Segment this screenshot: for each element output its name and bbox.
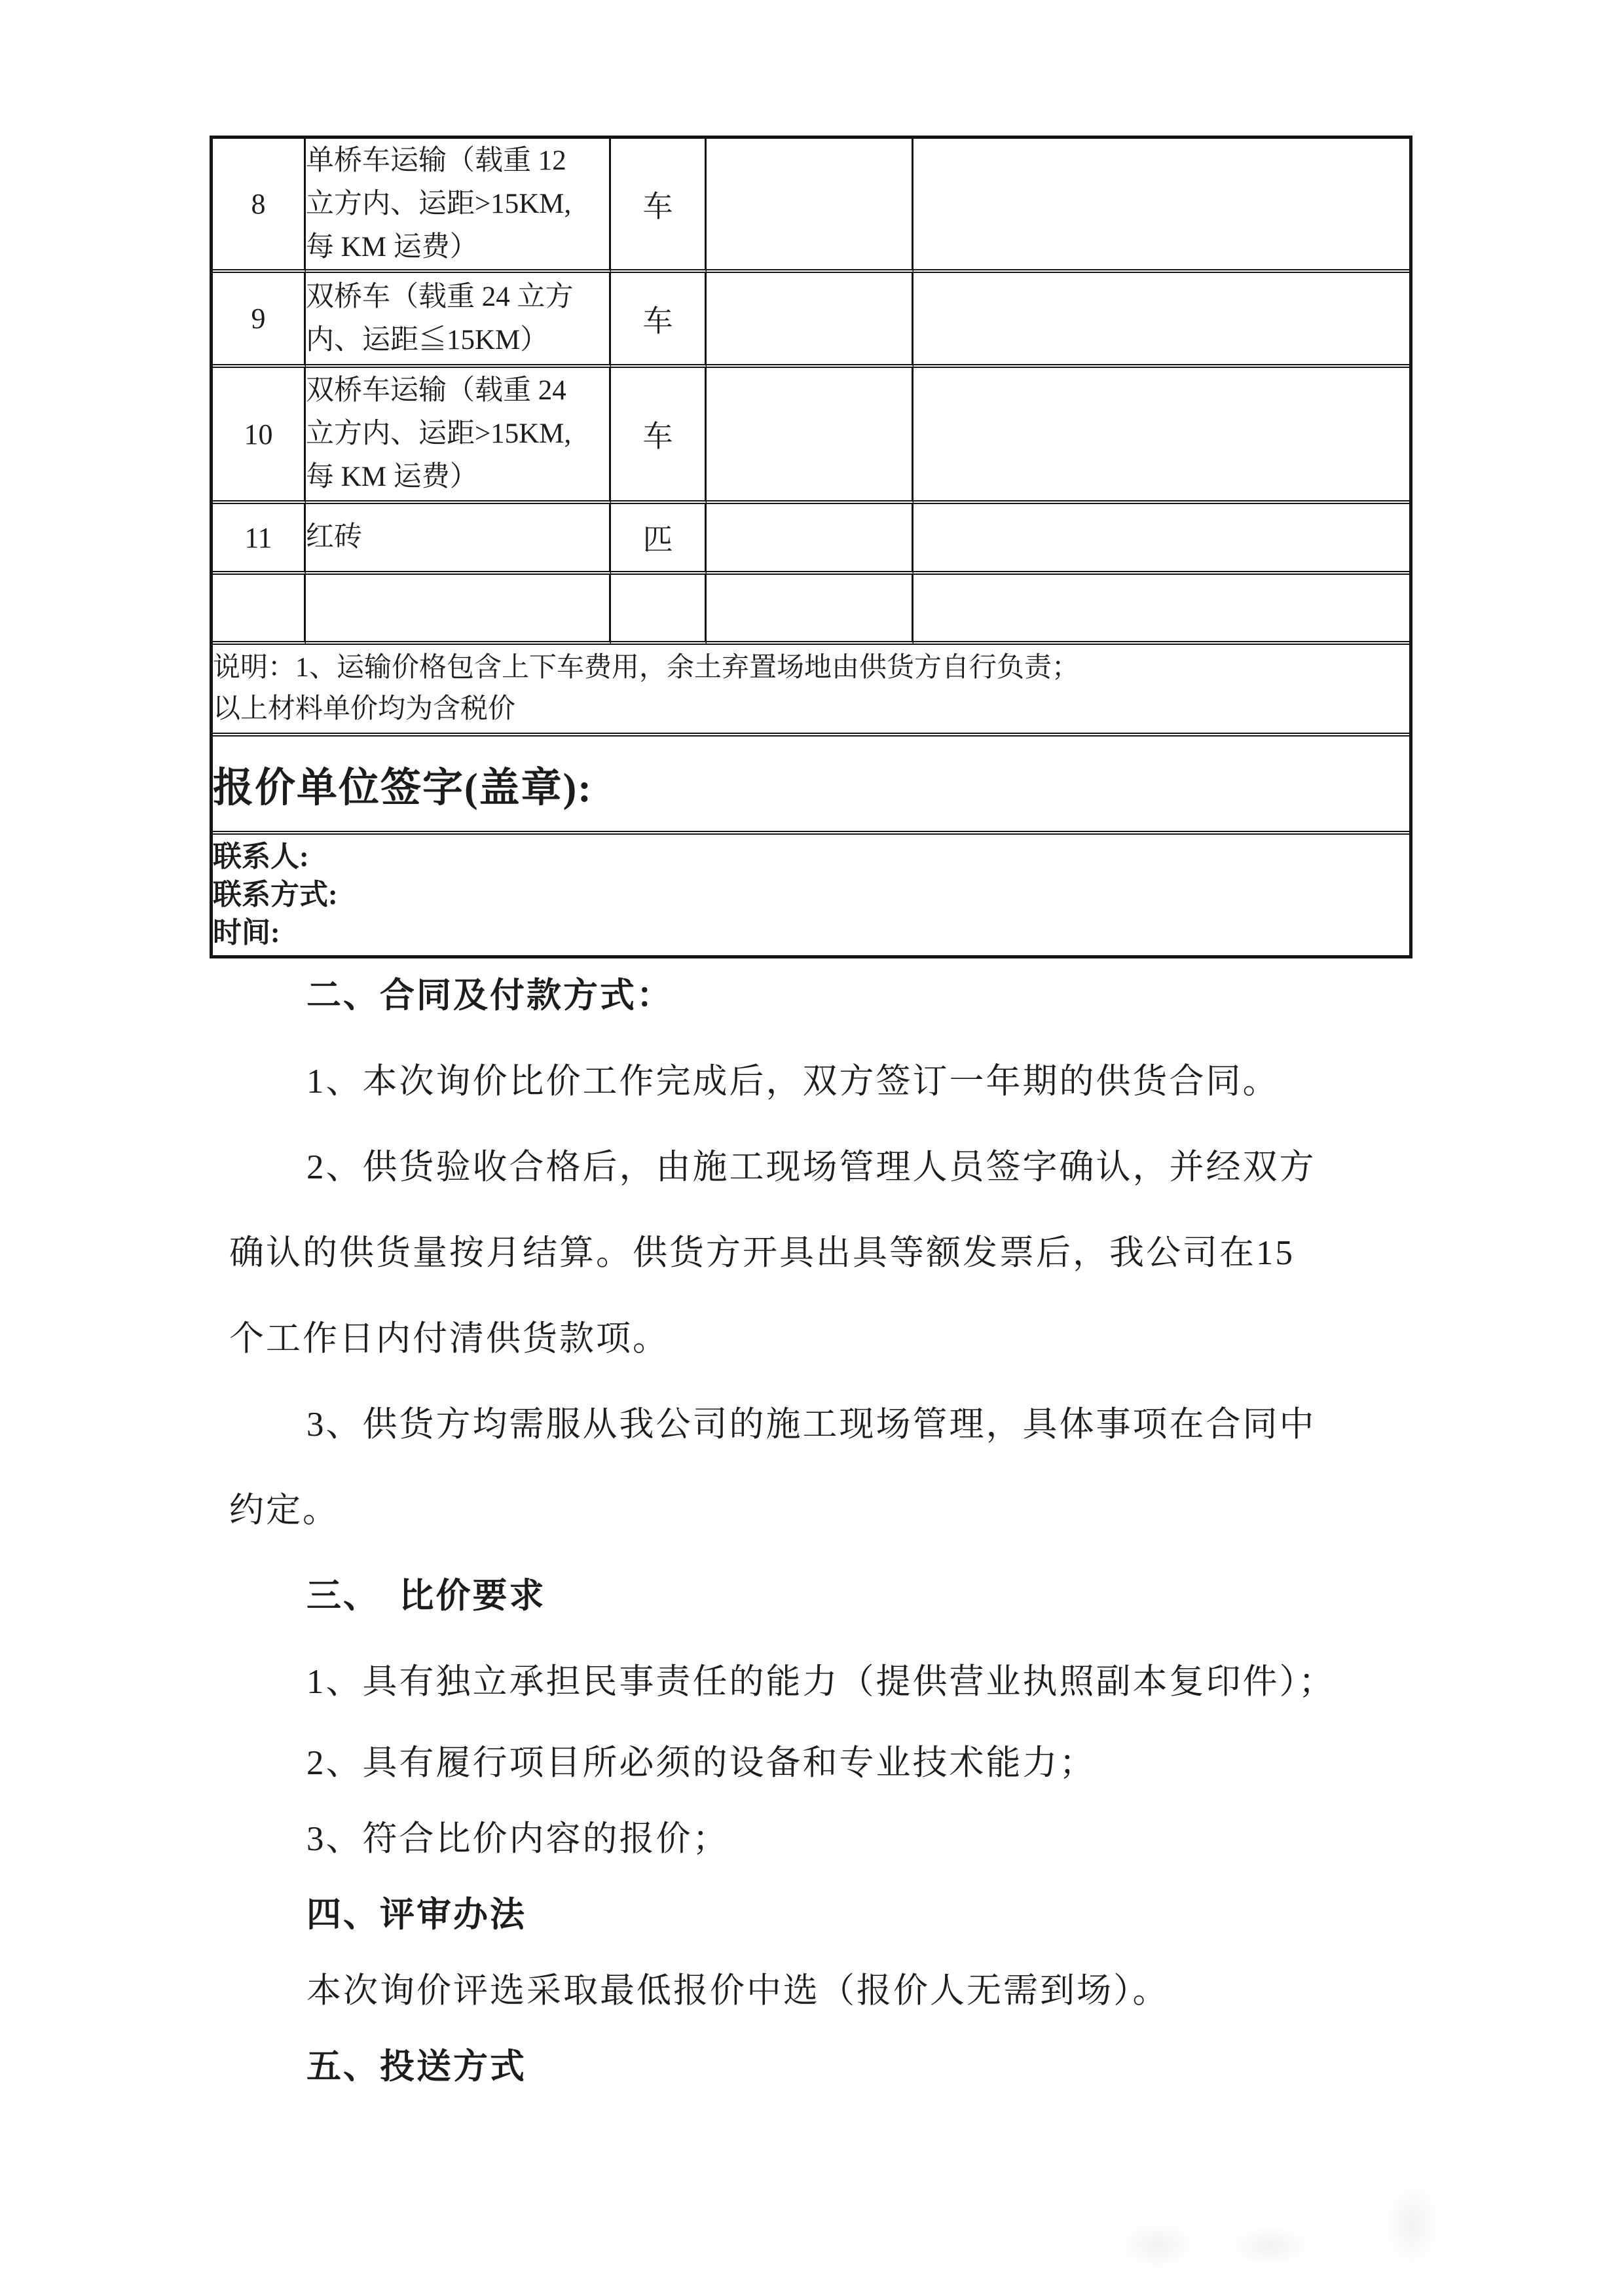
- contact-person-label: 联系人:: [213, 838, 1409, 876]
- quantity-cell: [707, 368, 913, 504]
- quantity-cell: [707, 575, 913, 645]
- item-number-cell: 10: [213, 368, 306, 504]
- item-number-cell: 9: [213, 273, 306, 368]
- item-description-line: 单桥车运输（载重 12: [306, 139, 609, 183]
- item-description-line: 立方内、运距>15KM,: [306, 412, 609, 456]
- scan-artifact: [1383, 2180, 1442, 2269]
- paragraph-line: 本次询价评选采取最低报价中选（报价人无需到场）。: [229, 1953, 1408, 2029]
- item-description-line: 立方内、运距>15KM,: [306, 183, 609, 226]
- paragraph-line: 确认的供货量按月结算。供货方开具出具等额发票后，我公司在15: [229, 1211, 1408, 1296]
- table-row-contact: 联系人: 联系方式: 时间:: [213, 835, 1409, 955]
- section-heading-contract-payment: 二、合同及付款方式：: [229, 953, 1408, 1039]
- unit-cell: 车: [611, 139, 707, 273]
- quantity-cell: [707, 273, 913, 368]
- table-row-note: 说明：1、运输价格包含上下车费用，余土弃置场地由供货方自行负责； 以上材料单价均…: [213, 645, 1409, 737]
- note-line: 说明：1、运输价格包含上下车费用，余土弃置场地由供货方自行负责；: [213, 647, 1409, 689]
- price-cell: [913, 575, 1409, 645]
- section-heading-submission-method: 五、投送方式: [229, 2029, 1408, 2105]
- scan-artifact: [1116, 2219, 1198, 2270]
- table-row-empty: [213, 575, 1409, 645]
- paragraph-line: 3、符合比价内容的报价；: [229, 1801, 1408, 1877]
- unit-cell: 车: [611, 368, 707, 504]
- paragraph-line: 1、具有独立承担民事责任的能力（提供营业执照副本复印件）；: [229, 1639, 1408, 1725]
- item-number-cell: 11: [213, 504, 306, 575]
- note-cell: 说明：1、运输价格包含上下车费用，余土弃置场地由供货方自行负责； 以上材料单价均…: [213, 645, 1409, 737]
- paragraph-line: 约定。: [229, 1468, 1408, 1554]
- contact-cell: 联系人: 联系方式: 时间:: [213, 835, 1409, 955]
- unit-cell: [611, 575, 707, 645]
- item-description-cell: 双桥车运输（载重 24 立方内、运距>15KM, 每 KM 运费）: [306, 368, 611, 504]
- item-description-cell: [306, 575, 611, 645]
- price-cell: [913, 504, 1409, 575]
- item-description-line: 双桥车运输（载重 24: [306, 369, 609, 412]
- document-page: 8 单桥车运输（载重 12 立方内、运距>15KM, 每 KM 运费） 车 9 …: [0, 0, 1624, 2296]
- unit-cell: 匹: [611, 504, 707, 575]
- table-row-signature: 报价单位签字(盖章):: [213, 737, 1409, 835]
- quantity-cell: [707, 139, 913, 273]
- item-number-cell: [213, 575, 306, 645]
- item-number-cell: 8: [213, 139, 306, 273]
- unit-cell: 车: [611, 273, 707, 368]
- contact-method-label: 联系方式:: [213, 876, 1409, 914]
- paragraph-line: 2、具有履行项目所必须的设备和专业技术能力；: [229, 1725, 1408, 1801]
- table-row-8: 8 单桥车运输（载重 12 立方内、运距>15KM, 每 KM 运费） 车: [213, 139, 1409, 273]
- quantity-cell: [707, 504, 913, 575]
- price-cell: [913, 273, 1409, 368]
- section-heading-bidding-requirements: 三、 比价要求: [229, 1554, 1408, 1639]
- table-row-10: 10 双桥车运输（载重 24 立方内、运距>15KM, 每 KM 运费） 车: [213, 368, 1409, 504]
- item-description-line: 每 KM 运费）: [306, 456, 609, 499]
- signature-label: 报价单位签字(盖章):: [213, 737, 1409, 835]
- time-label: 时间:: [213, 914, 1409, 952]
- item-description-line: 内、运距≦15KM）: [306, 319, 609, 362]
- item-description-cell: 双桥车（载重 24 立方 内、运距≦15KM）: [306, 273, 611, 368]
- item-description-cell: 红砖: [306, 504, 611, 575]
- section-heading-evaluation-method: 四、评审办法: [229, 1877, 1408, 1953]
- item-description-cell: 单桥车运输（载重 12 立方内、运距>15KM, 每 KM 运费）: [306, 139, 611, 273]
- body-text: 二、合同及付款方式： 1、本次询价比价工作完成后，双方签订一年期的供货合同。 2…: [229, 953, 1408, 2105]
- item-description-line: 双桥车（载重 24 立方: [306, 276, 609, 319]
- paragraph-line: 3、供货方均需服从我公司的施工现场管理，具体事项在合同中: [229, 1382, 1408, 1468]
- price-cell: [913, 139, 1409, 273]
- table-row-9: 9 双桥车（载重 24 立方 内、运距≦15KM） 车: [213, 273, 1409, 368]
- paragraph-line: 1、本次询价比价工作完成后，双方签订一年期的供货合同。: [229, 1039, 1408, 1125]
- quotation-table: 8 单桥车运输（载重 12 立方内、运距>15KM, 每 KM 运费） 车 9 …: [210, 136, 1412, 958]
- table-row-11: 11 红砖 匹: [213, 504, 1409, 575]
- item-description-line: 红砖: [306, 516, 609, 559]
- item-description-line: 每 KM 运费）: [306, 226, 609, 269]
- price-cell: [913, 368, 1409, 504]
- paragraph-line: 2、供货验收合格后，由施工现场管理人员签字确认，并经双方: [229, 1125, 1408, 1211]
- paragraph-line: 个工作日内付清供货款项。: [229, 1296, 1408, 1382]
- scan-artifact: [1226, 2226, 1314, 2267]
- note-line: 以上材料单价均为含税价: [213, 689, 1409, 730]
